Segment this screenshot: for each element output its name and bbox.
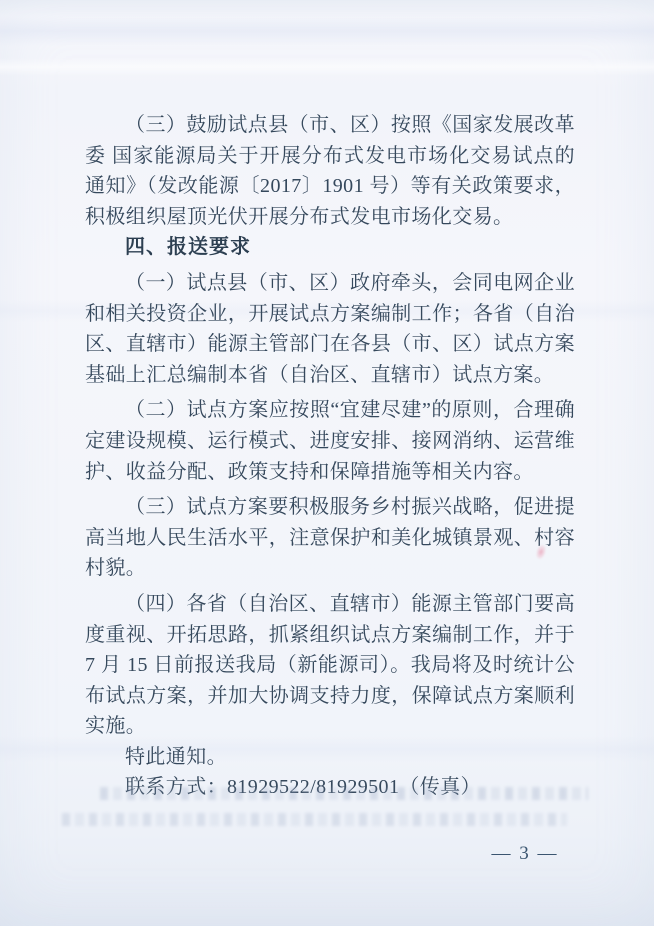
- document-body: （三）鼓励试点县（市、区）按照《国家发展改革委 国家能源局关于开展分布式发电市场…: [85, 110, 575, 803]
- contact-info-line: 联系方式：81929522/81929501（传真）: [85, 772, 575, 803]
- closing-statement: 特此通知。: [85, 742, 575, 773]
- paragraph-item-1: （一）试点县（市、区）政府牵头，会同电网企业和相关投资企业，开展试点方案编制工作…: [85, 268, 575, 390]
- scanned-document-page: （三）鼓励试点县（市、区）按照《国家发展改革委 国家能源局关于开展分布式发电市场…: [0, 0, 654, 926]
- ink-bleed-through-artifact: [62, 813, 567, 826]
- scan-streak-artifact: [0, 16, 654, 46]
- paragraph-encourage-trading: （三）鼓励试点县（市、区）按照《国家发展改革委 国家能源局关于开展分布式发电市场…: [85, 110, 575, 232]
- page-number: — 3 —: [480, 843, 570, 865]
- section-heading-reporting-requirements: 四、报送要求: [85, 232, 575, 263]
- scan-streak-artifact: [0, 58, 654, 76]
- paragraph-item-4: （四）各省（自治区、直辖市）能源主管部门要高度重视、开拓思路，抓紧组织试点方案编…: [85, 589, 575, 742]
- paragraph-item-2: （二）试点方案应按照“宜建尽建”的原则，合理确定建设规模、运行模式、进度安排、接…: [85, 395, 575, 487]
- paragraph-item-3: （三）试点方案要积极服务乡村振兴战略，促进提高当地人民生活水平，注意保护和美化城…: [85, 492, 575, 584]
